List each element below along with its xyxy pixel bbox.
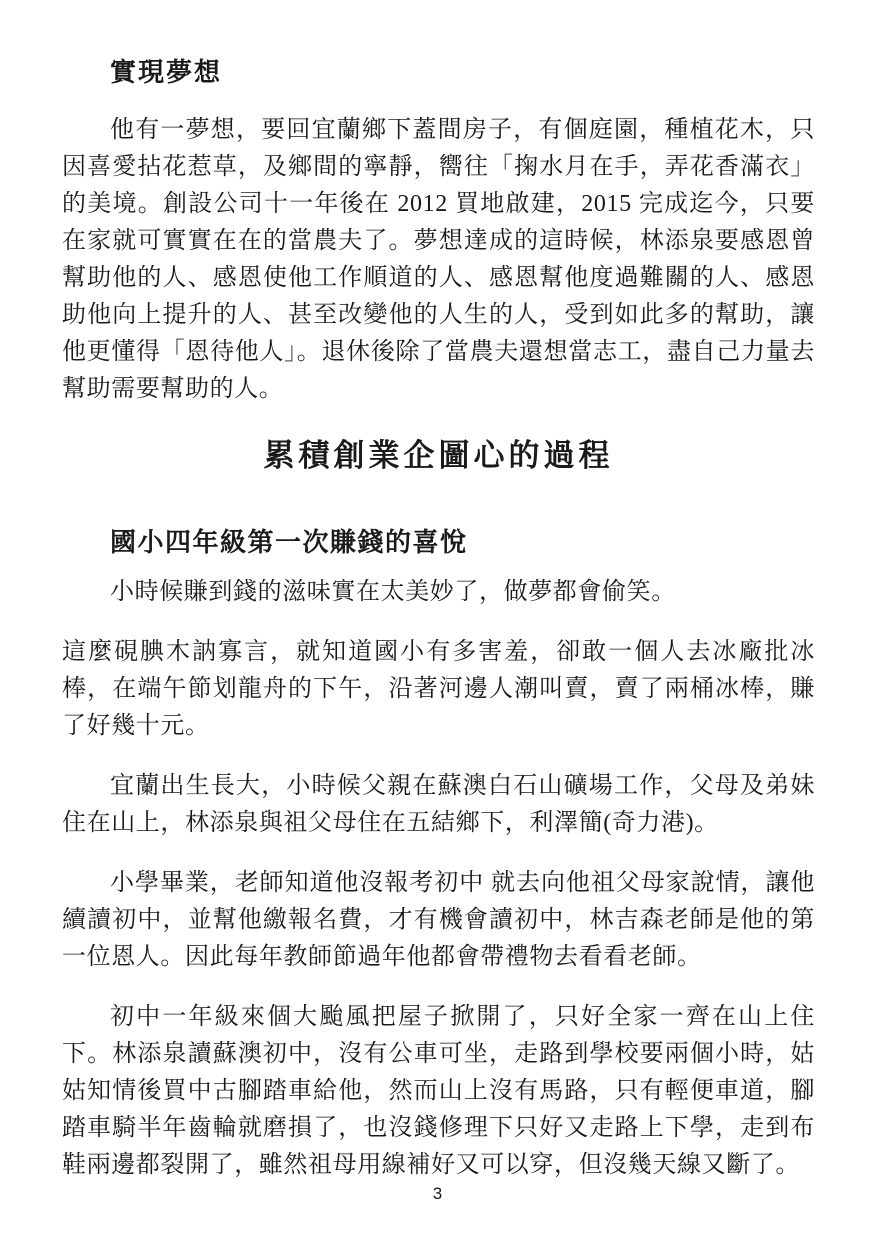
- paragraph-selling-popsicles: 這麼硯腆木訥寡言，就知道國小有多害羞，卻敢一個人去冰廠批冰棒，在端午節划龍舟的下…: [62, 634, 815, 745]
- paragraph-elementary-graduation-teacher: 小學畢業，老師知道他沒報考初中 就去向他祖父母家說情，讓他續讀初中，並幫他繳報名…: [62, 865, 815, 976]
- section-heading-realize-dream: 實現夢想: [110, 56, 815, 90]
- section-heading-grade4-first-earnings: 國小四年級第一次賺錢的喜悅: [110, 526, 815, 560]
- chapter-heading-entrepreneurship: 累積創業企圖心的過程: [62, 436, 815, 476]
- paragraph-yilan-childhood: 宜蘭出生長大，小時候父親在蘇澳白石山礦場工作，父母及弟妹住在山上，林添泉與祖父母…: [62, 768, 815, 842]
- page-number: 3: [0, 1184, 875, 1204]
- paragraph-dream: 他有一夢想，要回宜蘭鄉下蓋間房子，有個庭園，種植花木，只因喜愛拈花惹草，及鄉間的…: [62, 112, 815, 408]
- document-page: 實現夢想 他有一夢想，要回宜蘭鄉下蓋間房子，有個庭園，種植花木，只因喜愛拈花惹草…: [0, 0, 875, 1240]
- paragraph-typhoon-junior-high: 初中一年級來個大颱風把屋子掀開了，只好全家一齊在山上住下。林添泉讀蘇澳初中，沒有…: [62, 999, 815, 1184]
- paragraph-childhood-money-joy: 小時候賺到錢的滋味實在太美妙了，做夢都會偷笑。: [62, 574, 815, 611]
